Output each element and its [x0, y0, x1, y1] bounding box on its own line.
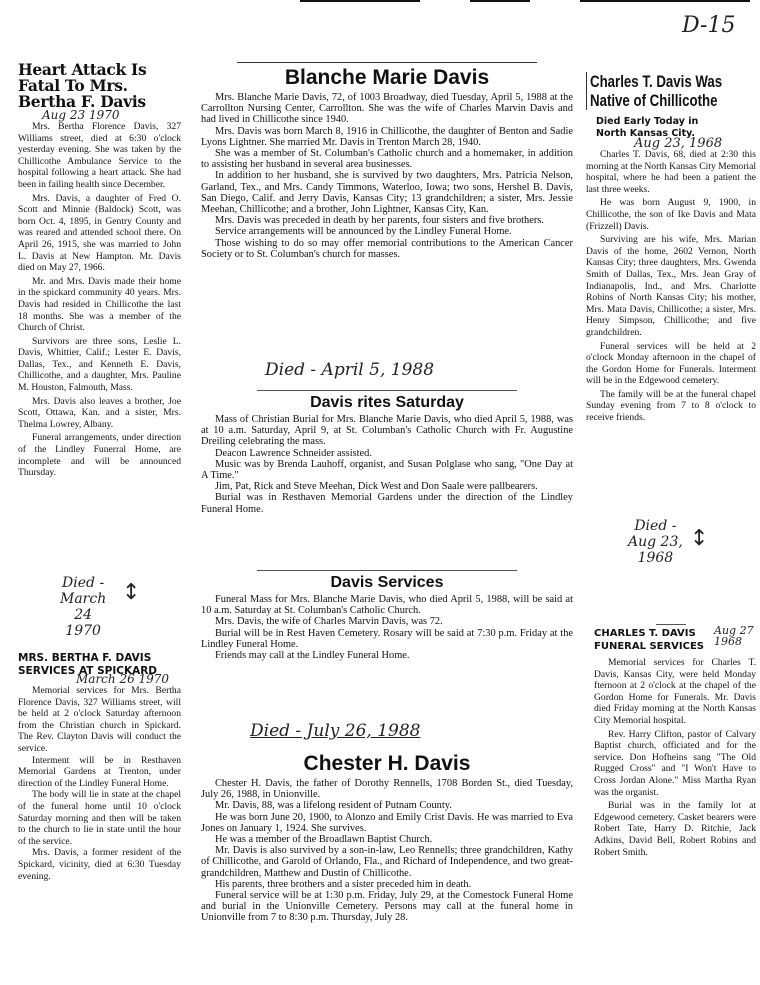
paragraph: Surviving are his wife, Mrs. Marian Davi…: [586, 234, 756, 338]
headline-line: MRS. BERTHA F. DAVIS: [18, 652, 181, 665]
middle-column: Blanche Marie Davis Mrs. Blanche Marie D…: [201, 62, 573, 260]
paragraph: Jim, Pat, Rick and Steve Meehan, Dick We…: [201, 481, 573, 492]
handwritten-date: Aug 27 1968: [714, 625, 754, 647]
paragraph: He was born June 20, 1900, to Alonzo and…: [201, 812, 573, 834]
paragraph: Rev. Harry Clifton, pastor of Calvary Ba…: [594, 729, 756, 799]
paragraph: Funeral Mass for Mrs. Blanche Marie Davi…: [201, 594, 573, 616]
paragraph: Charles T. Davis, 68, died at 2:30 this …: [586, 149, 756, 195]
headline-block: Charles T. Davis Was Native of Chillicot…: [586, 72, 756, 110]
paragraph: Mr. and Mrs. Davis made their home in th…: [18, 276, 181, 334]
headline: Blanche Marie Davis: [201, 66, 573, 90]
paragraph: He was born August 9, 1900, in Chillicot…: [586, 197, 756, 232]
paragraph: She was a member of St. Columban's Catho…: [201, 148, 573, 170]
scan-edge-line: [300, 0, 420, 2]
paragraph: Mass of Christian Burial for Mrs. Blanch…: [201, 414, 573, 448]
paragraph: Burial was in the family lot at Edgewood…: [594, 800, 756, 858]
divider: [656, 624, 686, 625]
paragraph: Survivors are three sons, Leslie L. Davi…: [18, 336, 181, 394]
headline: Davis rites Saturday: [201, 394, 573, 412]
paragraph: He was a member of the Broadlawn Baptist…: [201, 834, 573, 845]
paragraph: Memorial services for Mrs. Bertha Floren…: [18, 685, 181, 755]
paragraph: The family will be at the funeral chapel…: [586, 389, 756, 424]
paragraph: Chester H. Davis, the father of Dorothy …: [201, 778, 573, 800]
paragraph: Music was by Brenda Lauhoff, organist, a…: [201, 459, 573, 481]
handwritten-note-died-march: Died - March 24 1970: [60, 575, 106, 639]
headline: Heart Attack Is Fatal To Mrs. Bertha F. …: [18, 62, 181, 110]
paragraph: Mrs. Davis, a daughter of Fred O. Scott …: [18, 193, 181, 274]
paragraph: Burial was in Resthaven Memorial Gardens…: [201, 492, 573, 514]
paragraph: Those wishing to do so may offer memoria…: [201, 238, 573, 260]
paragraph: Service arrangements will be announced b…: [201, 226, 573, 237]
paragraph: Mrs. Davis was preceded in death by her …: [201, 215, 573, 226]
middle-column-article3: Davis Services Funeral Mass for Mrs. Bla…: [201, 570, 573, 661]
paragraph: Mr. Davis, 88, was a lifelong resident o…: [201, 800, 573, 811]
obituary-bertha-davis: Heart Attack Is Fatal To Mrs. Bertha F. …: [18, 62, 181, 479]
services-charles-davis: CHARLES T. DAVIS FUNERAL SERVICES Aug 27…: [594, 624, 756, 858]
headline-line: Charles T. Davis Was: [590, 72, 719, 91]
paragraph: Mrs. Davis was born March 8, 1916 in Chi…: [201, 126, 573, 148]
handwritten-date: March 26 1970: [76, 674, 181, 685]
headline: Davis Services: [201, 574, 573, 592]
paragraph: Funeral services will be held at 2 o'clo…: [586, 341, 756, 387]
obituary-chester-davis: Chester H. Davis Chester H. Davis, the f…: [201, 752, 573, 924]
left-column: Heart Attack Is Fatal To Mrs. Bertha F. …: [18, 62, 181, 481]
handwritten-note-died-april: Died - April 5, 1988: [265, 362, 434, 378]
headline: Chester H. Davis: [201, 752, 573, 776]
scan-edge-line: [580, 0, 750, 2]
paragraph: Funeral service will be at 1:30 p.m. Fri…: [201, 890, 573, 924]
paragraph: Deacon Lawrence Schneider assisted.: [201, 448, 573, 459]
services-bertha-davis: MRS. BERTHA F. DAVIS SERVICES AT SPICKAR…: [18, 652, 181, 882]
double-arrow-icon: ↕: [122, 582, 140, 604]
double-arrow-icon: ↕: [690, 528, 708, 550]
paragraph: Mrs. Davis also leaves a brother, Joe Sc…: [18, 396, 181, 431]
davis-rites-saturday: Davis rites Saturday Mass of Christian B…: [201, 394, 573, 515]
right-column: Charles T. Davis Was Native of Chillicot…: [586, 72, 756, 426]
headline-line: Native of Chillicothe: [590, 91, 719, 110]
handwritten-date: Aug 23, 1968: [634, 138, 756, 149]
right-column-lower: CHARLES T. DAVIS FUNERAL SERVICES Aug 27…: [594, 624, 756, 860]
davis-services: Davis Services Funeral Mass for Mrs. Bla…: [201, 574, 573, 661]
paragraph: Memorial services for Charles T. Davis, …: [594, 657, 756, 727]
headline: CHARLES T. DAVIS FUNERAL SERVICES Aug 27…: [594, 627, 756, 653]
scan-edge-line: [470, 0, 530, 2]
left-column-lower: MRS. BERTHA F. DAVIS SERVICES AT SPICKAR…: [18, 652, 181, 882]
paragraph: Friends may call at the Lindley Funeral …: [201, 650, 573, 661]
paragraph: Funeral arrangements, under direction of…: [18, 432, 181, 478]
paragraph: The body will lie in state at the chapel…: [18, 789, 181, 847]
middle-column-article4: Chester H. Davis Chester H. Davis, the f…: [201, 752, 573, 924]
paragraph: Mr. Davis is also survived by a son-in-l…: [201, 845, 573, 879]
obituary-blanche-davis: Blanche Marie Davis Mrs. Blanche Marie D…: [201, 66, 573, 260]
page-label: D-15: [682, 14, 735, 38]
paragraph: Mrs. Davis, the wife of Charles Marvin D…: [201, 616, 573, 627]
divider: [257, 390, 517, 391]
paragraph: Burial will be in Rest Haven Cemetery. R…: [201, 628, 573, 650]
paragraph: Mrs. Blanche Marie Davis, 72, of 1003 Br…: [201, 92, 573, 126]
middle-column-article2: Davis rites Saturday Mass of Christian B…: [201, 390, 573, 515]
paragraph: His parents, three brothers and a sister…: [201, 879, 573, 890]
handwritten-date: Aug 23 1970: [42, 109, 181, 121]
handwritten-note-died-aug: Died - Aug 23, 1968: [628, 518, 683, 566]
paragraph: Mrs. Bertha Florence Davis, 327 Williams…: [18, 121, 181, 191]
divider: [257, 570, 517, 571]
paragraph: Interment will be in Resthaven Memorial …: [18, 755, 181, 790]
paragraph: Mrs. Davis, a former resident of the Spi…: [18, 847, 181, 882]
obituary-charles-davis: Charles T. Davis Was Native of Chillicot…: [586, 72, 756, 424]
subheadline-line: Died Early Today in: [596, 116, 756, 128]
paragraph: In addition to her husband, she is survi…: [201, 170, 573, 215]
divider: [237, 62, 537, 63]
handwritten-note-died-july: Died - July 26, 1988: [250, 723, 420, 739]
